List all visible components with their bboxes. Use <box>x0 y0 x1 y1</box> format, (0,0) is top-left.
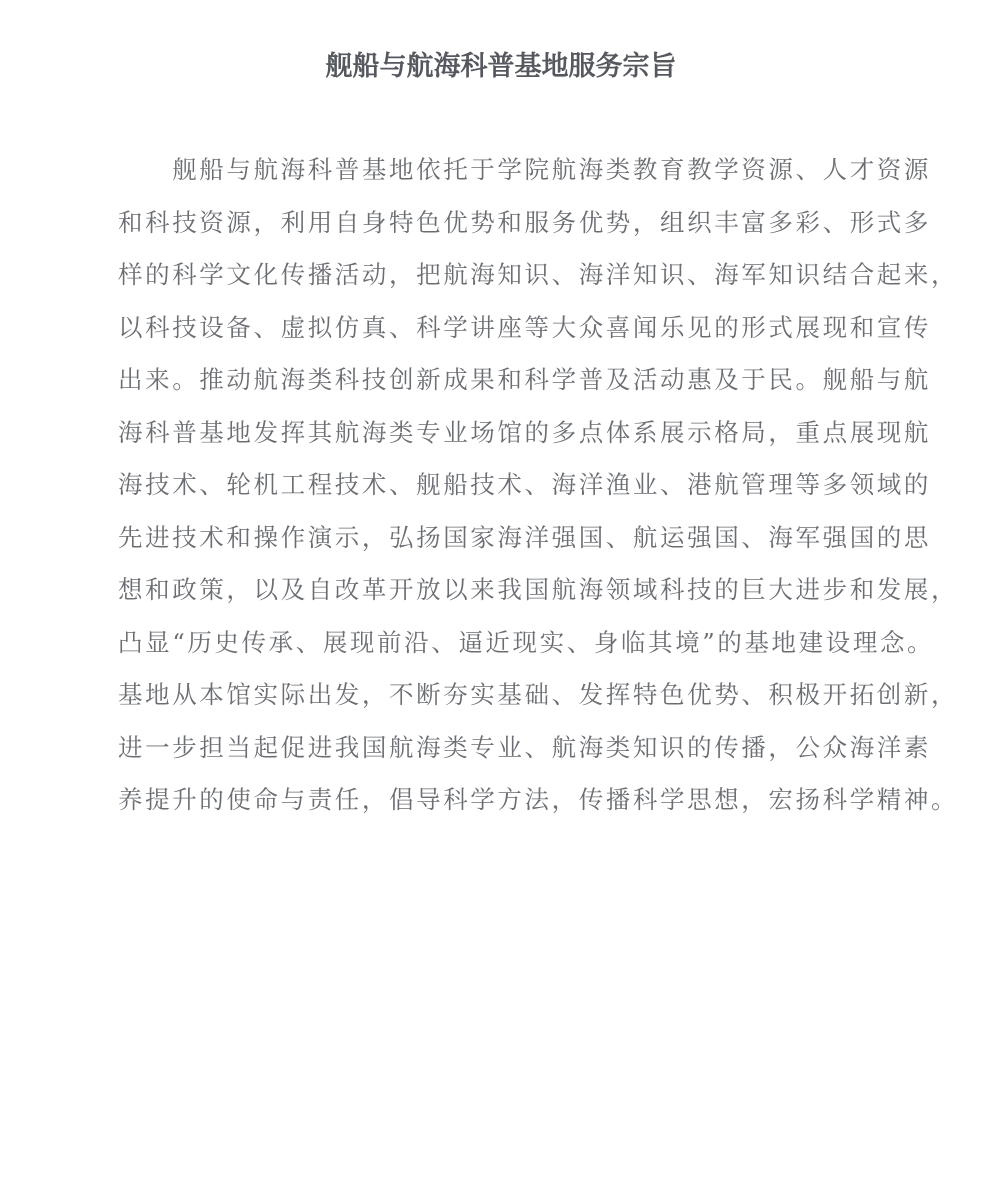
paragraph-line: 出来。推动航海类科技创新成果和科学普及活动惠及于民。舰船与航 <box>118 358 898 411</box>
paragraph-line: 海技术、轮机工程技术、舰船技术、海洋渔业、港航管理等多领域的 <box>118 463 898 516</box>
paragraph-line: 以科技设备、虚拟仿真、科学讲座等大众喜闻乐见的形式展现和宣传 <box>118 306 898 359</box>
paragraph-line: 海科普基地发挥其航海类专业场馆的多点体系展示格局，重点展现航 <box>118 411 898 464</box>
paragraph-line: 舰船与航海科普基地依托于学院航海类教育教学资源、人才资源 <box>118 148 898 201</box>
paragraph-line: 想和政策，以及自改革开放以来我国航海领域科技的巨大进步和发展， <box>118 568 898 621</box>
page-title: 舰船与航海科普基地服务宗旨 <box>0 44 1002 83</box>
paragraph-line: 和科技资源，利用自身特色优势和服务优势，组织丰富多彩、形式多 <box>118 201 898 254</box>
paragraph-line: 样的科学文化传播活动，把航海知识、海洋知识、海军知识结合起来， <box>118 253 898 306</box>
mission-paragraph: 舰船与航海科普基地依托于学院航海类教育教学资源、人才资源 和科技资源，利用自身特… <box>118 148 898 831</box>
paragraph-line: 基地从本馆实际出发，不断夯实基础、发挥特色优势、积极开拓创新， <box>118 673 898 726</box>
paragraph-line: 凸显“历史传承、展现前沿、逼近现实、身临其境”的基地建设理念。 <box>118 621 898 674</box>
paragraph-line: 进一步担当起促进我国航海类专业、航海类知识的传播，公众海洋素 <box>118 726 898 779</box>
paragraph-line: 先进技术和操作演示，弘扬国家海洋强国、航运强国、海军强国的思 <box>118 516 898 569</box>
paragraph-line: 养提升的使命与责任，倡导科学方法，传播科学思想，宏扬科学精神。 <box>118 778 898 831</box>
